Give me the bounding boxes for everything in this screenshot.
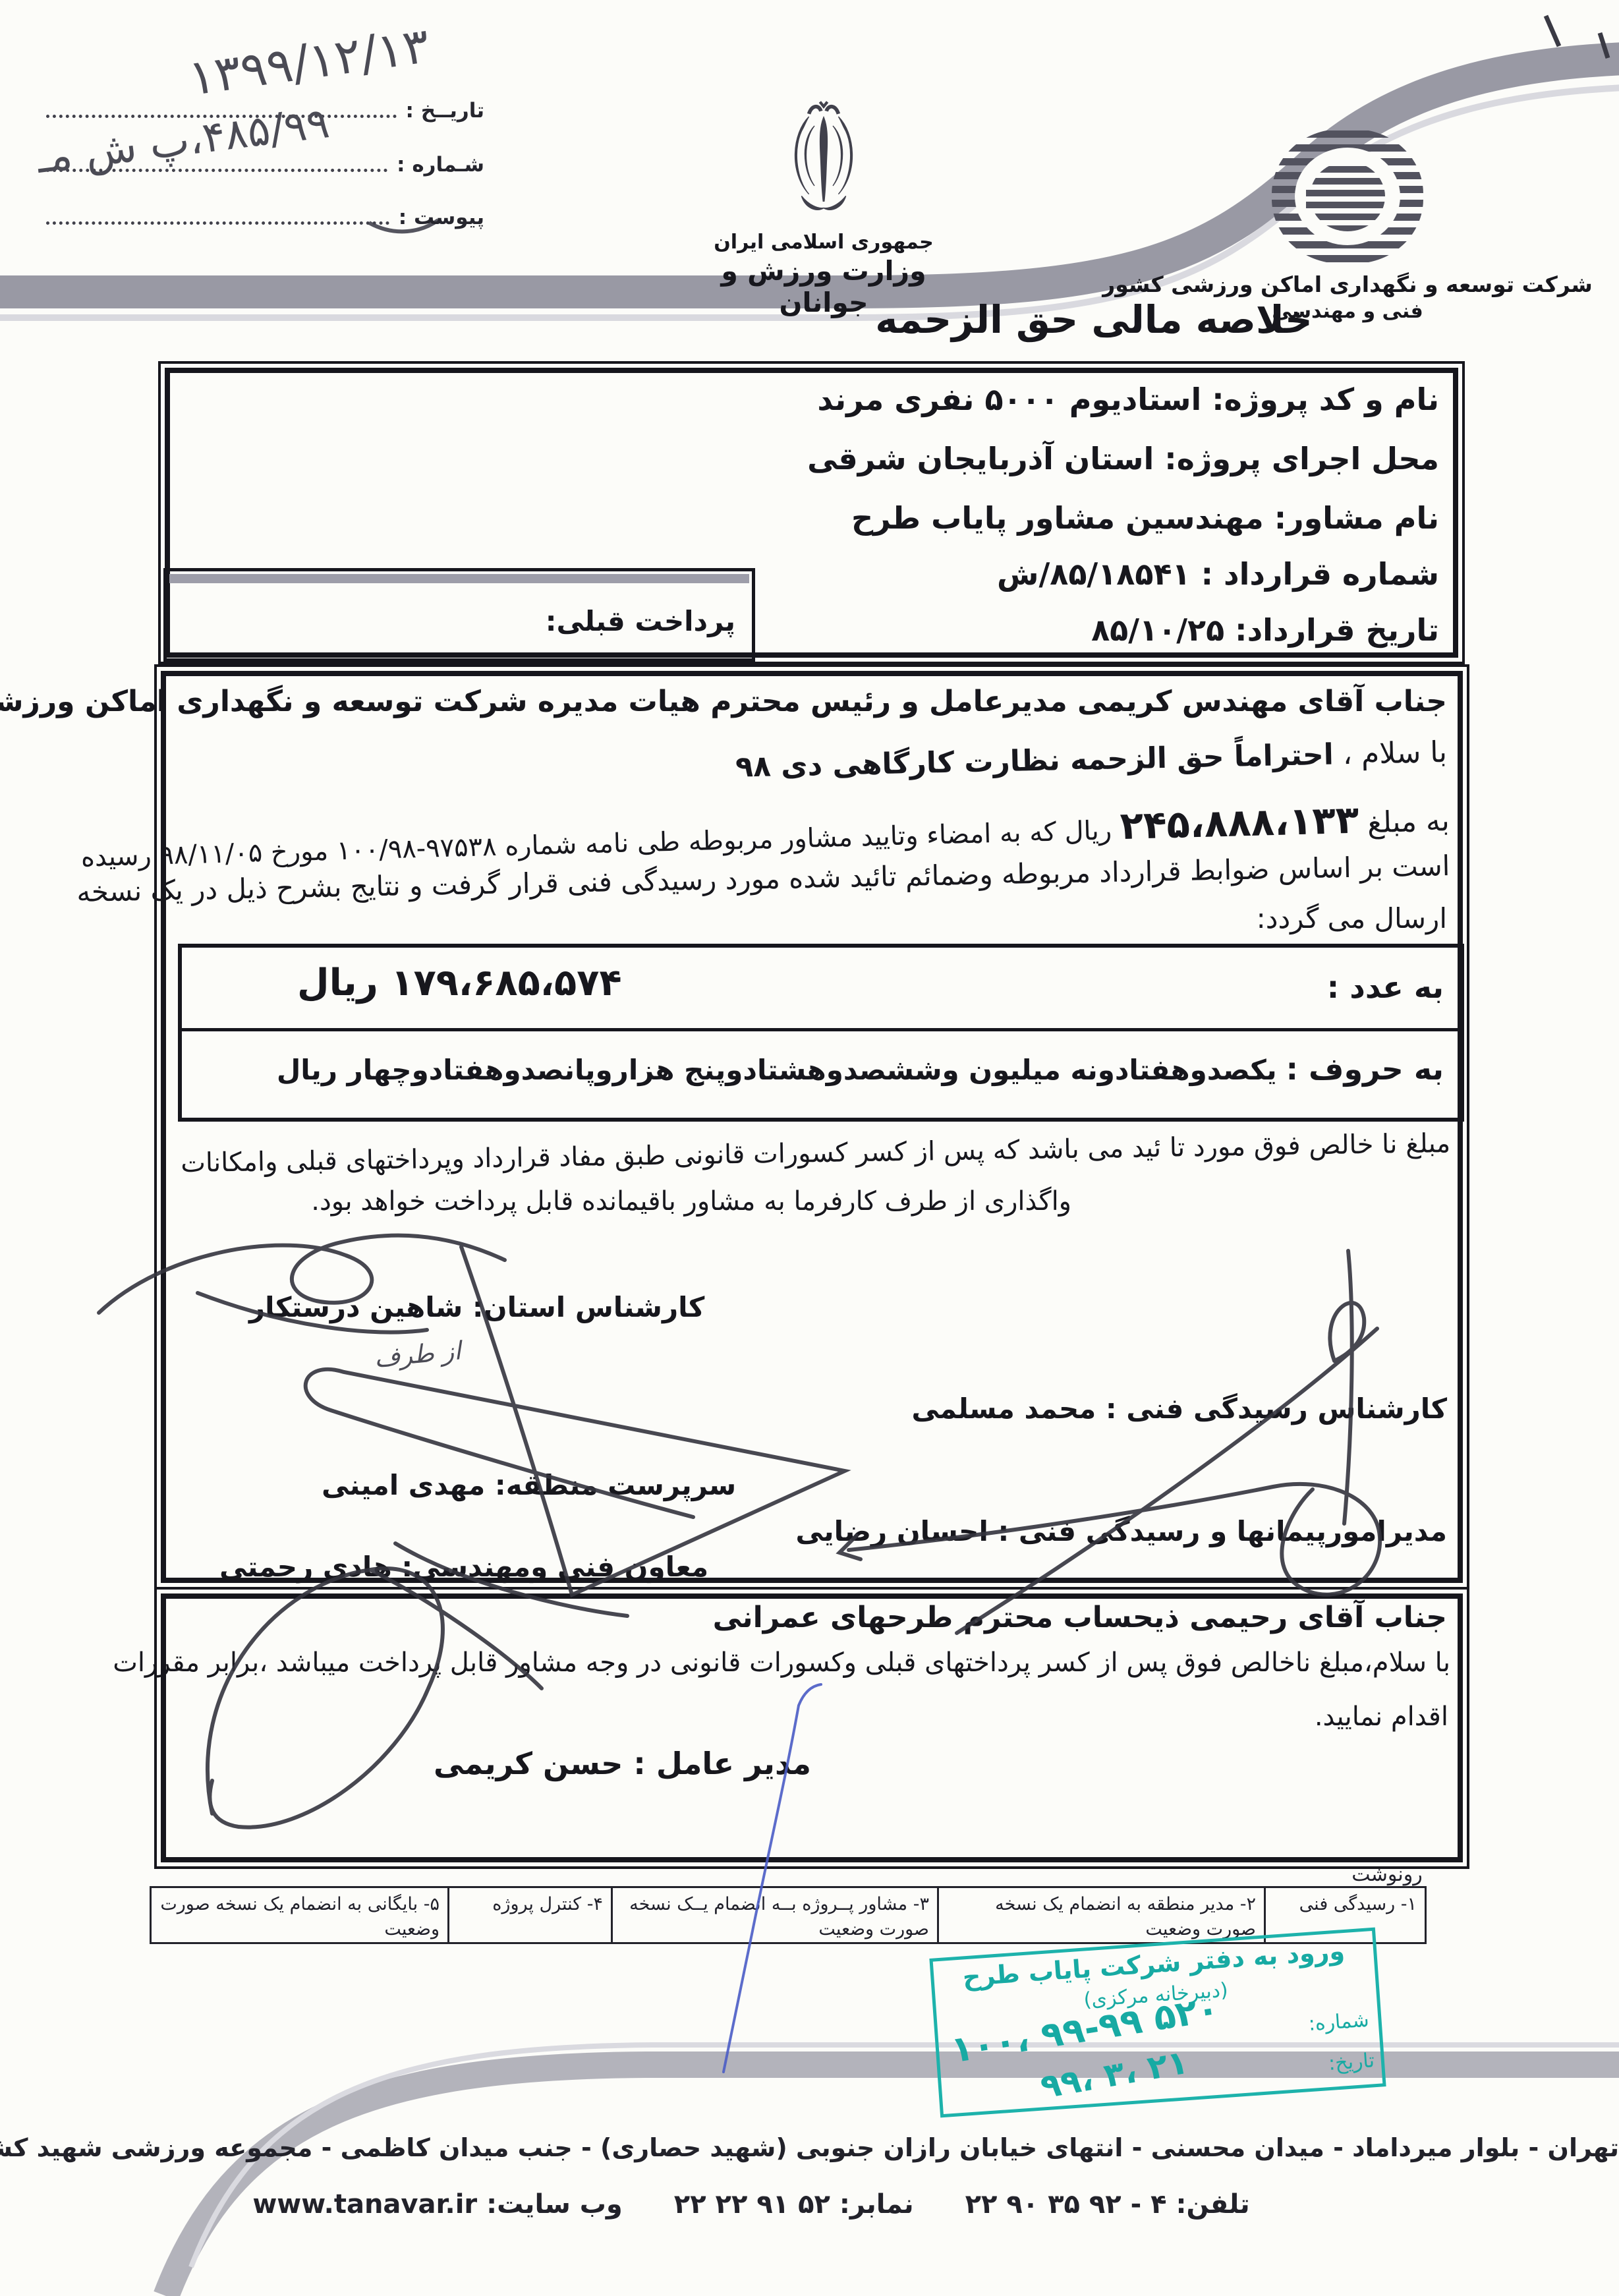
project-location-line: محل اجرای پروژه: استان آذربایجان شرقی	[807, 442, 1439, 476]
numeric-amount-label: به عدد :	[1327, 970, 1444, 1005]
footer-website: وب سایت: www.tanavar.ir	[252, 2189, 622, 2220]
project-name-line: نام و کد پروژه: استادیوم ۵۰۰۰ نفری مرند	[817, 382, 1439, 417]
cc-item-3: ۳- مشاور پــروژه بــه انضمام یــک نسخه ص…	[611, 1888, 937, 1943]
letter-note-line2: واگذاری از طرف کارفرما به مشاور باقیماند…	[311, 1186, 1071, 1217]
footer-fax: نمابر: ۵۲ ۹۱ ۲۲ ۲۲	[674, 2189, 914, 2220]
letterhead-attachment-row: پیوست :	[46, 206, 484, 229]
entry-stamp: ورود به دفتر شرکت پایاب طرح (دبیرخانه مر…	[929, 1928, 1386, 2118]
row-divider	[182, 1028, 1460, 1031]
company-logo-icon	[1269, 127, 1426, 266]
footer-contacts: تلفن: ۴ - ۹۲ ۳۵ ۹۰ ۲۲ نمابر: ۵۲ ۹۱ ۲۲ ۲۲…	[40, 2189, 1463, 2220]
technical-deputy-caption: معاون فنی ومهندسی: هادی رحمتی	[219, 1551, 708, 1583]
number-label: شـماره :	[397, 153, 484, 177]
cc-label: رونوشت	[1348, 1864, 1427, 1887]
gross-amount-value: ۲۴۵،۸۸۸،۱۳۳	[1120, 797, 1359, 848]
previous-payment-box: پرداخت قبلی:	[163, 568, 755, 662]
document-title: خلاصه مالی حق الزحمه	[850, 298, 1338, 342]
letter-body-box: جناب آقای مهندس کریمی مدیرعامل و رئیس مح…	[154, 664, 1469, 1590]
ministry-block: جمهوری اسلامی ایران وزارت ورزش و جوانان	[698, 98, 949, 318]
letter-note-line1: مبلغ نا خالص فوق مورد تا ئید می باشد که …	[181, 1128, 1451, 1178]
cc-item-4: ۴- کنترل پروژه	[447, 1888, 611, 1943]
gray-strip	[169, 574, 749, 583]
footer-address: تهران - بلوار میرداماد - میدان محسنی - ا…	[0, 2134, 1619, 2163]
cc-item-2: ۲- مدیر منطقه به انضمام یک نسخه صورت وضع…	[937, 1888, 1264, 1943]
letter-addressee: جناب آقای مهندس کریمی مدیرعامل و رئیس مح…	[0, 685, 1447, 719]
dotted-line	[46, 220, 389, 225]
salutation-bold: احتراماً حق الزحمه نظارت کارگاهی دی ۹۸	[735, 738, 1334, 784]
date-label: تاریــخ :	[406, 99, 485, 123]
stamp-number-label: شماره:	[1308, 2009, 1370, 2036]
project-consultant-line: نام مشاور: مهندسین مشاور پایاب طرح	[851, 501, 1439, 536]
contracts-manager-caption: مدیرامورپیمانها و رسیدگی فنی : احسان رضا…	[795, 1516, 1447, 1547]
words-label: به حروف :	[1286, 1051, 1444, 1087]
cc-item-5: ۵- بایگانی به انضمام یک نسخه صورت وضعیت	[152, 1888, 447, 1943]
region-head-caption: سرپرست منطقه: مهدی امینی	[322, 1470, 736, 1501]
amount-prefix: به مبلغ	[1367, 804, 1450, 840]
stamp-date-label: تاریخ:	[1328, 2050, 1375, 2075]
words-value: یکصدوهفتادونه میلیون وششصدوهشتادوپنج هزا…	[277, 1054, 1277, 1086]
numeric-amount-value: ۱۷۹،۶۸۵،۵۷۴ ریال	[297, 962, 622, 1004]
contract-date-line: تاریخ قرارداد: ۸۵/۱۰/۲۵	[1091, 613, 1439, 648]
scanned-document-page: تاریــخ : شـماره : پیوست : ۱۳۹۹/۱۲/۱۳ ۴۸…	[0, 0, 1619, 2296]
review-expert-caption: کارشناس رسیدگی فنی : محمد مسلمی	[911, 1393, 1447, 1425]
previous-payment-label: پرداخت قبلی:	[546, 606, 735, 637]
letter-salutation: با سلام ، احتراماً حق الزحمه نظارت کارگا…	[735, 736, 1448, 784]
directive-addressee: جناب آقای رحیمی ذیحساب محترم طرحهای عمرا…	[713, 1601, 1447, 1635]
ministry-country-text: جمهوری اسلامی ایران	[698, 231, 949, 254]
attachment-label: پیوست :	[399, 206, 484, 229]
amounts-box: به عدد : ۱۷۹،۶۸۵،۵۷۴ ریال به حروف : یکصد…	[178, 944, 1464, 1122]
salutation-plain: با سلام ،	[1342, 735, 1447, 771]
contract-number-line: شماره قرارداد : ۸۵/۱۸۵۴۱/ش	[997, 557, 1439, 592]
amount-in-words-line: به حروف : یکصدوهفتادونه میلیون وششصدوهشت…	[277, 1052, 1444, 1087]
on-behalf-note: از طرف	[373, 1336, 462, 1373]
ceo-caption: مدیر عامل : حسن کریمی	[434, 1746, 811, 1781]
letter-body-line3: ارسال می گردد:	[1257, 903, 1447, 934]
directive-body-line1: با سلام،مبلغ ناخالص فوق پس از کسر پرداخت…	[113, 1648, 1450, 1678]
directive-body-line2: اقدام نمایید.	[1315, 1702, 1448, 1732]
cc-table: ۱- رسیدگی فنی ۲- مدیر منطقه به انضمام یک…	[150, 1886, 1427, 1944]
directive-box: جناب آقای رحیمی ذیحساب محترم طرحهای عمرا…	[154, 1587, 1469, 1869]
company-block: شرکت توسعه و نگهداری اماکن ورزشی کشور فن…	[1084, 127, 1611, 323]
company-name-text: شرکت توسعه و نگهداری اماکن ورزشی کشور	[1084, 272, 1611, 297]
iran-emblem-icon	[768, 98, 879, 228]
footer-phone: تلفن: ۴ - ۹۲ ۳۵ ۹۰ ۲۲	[965, 2189, 1250, 2220]
province-expert-caption: کارشناس استان: شاهین درستکار	[249, 1292, 704, 1323]
handwritten-date: ۱۳۹۹/۱۲/۱۳	[185, 18, 433, 107]
